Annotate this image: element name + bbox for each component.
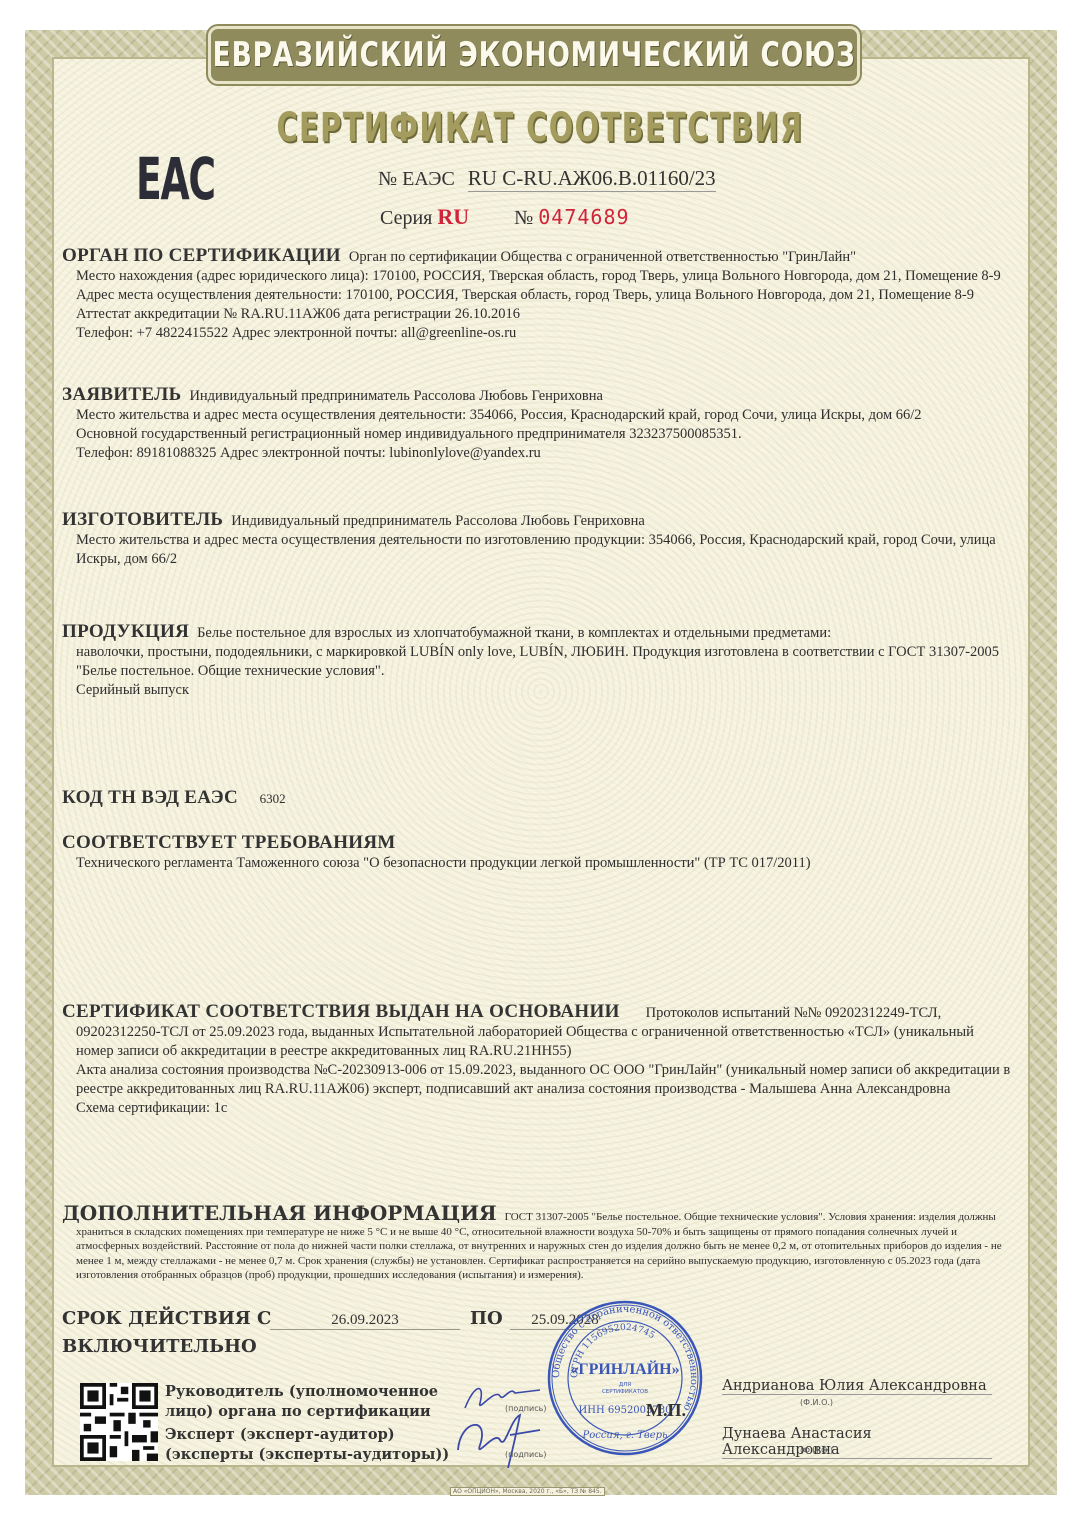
product-release: Серийный выпуск <box>62 681 1012 700</box>
section-heading: ПРОДУКЦИЯ <box>62 621 189 642</box>
basis-protocols: Протоколов испытаний №№ 09202312249-ТСЛ, <box>646 1005 942 1021</box>
validity-inclusive: ВКЛЮЧИТЕЛЬНО <box>62 1336 257 1357</box>
eac-logo-icon: EAC <box>136 145 215 213</box>
number-label: № <box>514 207 533 229</box>
section-heading: СЕРТИФИКАТ СООТВЕТСТВИЯ ВЫДАН НА ОСНОВАН… <box>62 1001 620 1022</box>
signature-caption: (подпись) <box>505 1450 546 1459</box>
svg-text:Общество с ограниченной ответс: Общество с ограниченной ответственностью <box>551 1304 699 1413</box>
applicant-contacts: Телефон: 89181088325 Адрес электронной п… <box>62 444 1012 463</box>
stamp-center: «ГРИНЛАЙН» <box>570 1359 679 1378</box>
stamp-sub2: СЕРТИФИКАТОВ <box>602 1389 648 1395</box>
section-heading: ДОПОЛНИТЕЛЬНАЯ ИНФОРМАЦИЯ <box>62 1201 497 1225</box>
reg-number-value: RU C-RU.АЖ06.В.01160/23 <box>468 166 716 192</box>
section-heading: ИЗГОТОВИТЕЛЬ <box>62 509 223 530</box>
validity-from-label: СРОК ДЕЙСТВИЯ С <box>62 1308 271 1329</box>
tn-ved-code: 6302 <box>260 791 286 806</box>
additional-info-section: ДОПОЛНИТЕЛЬНАЯ ИНФОРМАЦИЯГОСТ 31307-2005… <box>62 1206 1012 1283</box>
series-label: Серия <box>380 207 432 229</box>
union-name: ЕВРАЗИЙСКИЙ ЭКОНОМИЧЕСКИЙ СОЮЗ <box>213 35 856 75</box>
section-heading: КОД ТН ВЭД ЕАЭС <box>62 787 238 808</box>
validity-period: СРОК ДЕЙСТВИЯ С <box>62 1308 271 1329</box>
certification-body-section: ОРГАН ПО СЕРТИФИКАЦИИОрган по сертификац… <box>62 246 1012 343</box>
seal-mark: М.П. <box>646 1400 686 1421</box>
series-number: Серия RU № 0474689 <box>380 204 630 230</box>
blank-number-value: 0474689 <box>538 205 629 229</box>
applicant-address: Место жительства и адрес места осуществл… <box>62 406 1012 425</box>
activity-address: Адрес места осуществления деятельности: … <box>62 286 1012 305</box>
section-heading: ОРГАН ПО СЕРТИФИКАЦИИ <box>62 245 341 266</box>
reg-prefix: № ЕАЭС <box>378 168 455 190</box>
body-contacts: Телефон: +7 4822415522 Адрес электронной… <box>62 324 1012 343</box>
stamp-outer-text: Общество с ограниченной ответственностью <box>551 1304 699 1413</box>
legal-address: Место нахождения (адрес юридического лиц… <box>62 267 1012 286</box>
accreditation: Аттестат аккредитации № RA.RU.11АЖ06 дат… <box>62 305 1012 324</box>
product-description-cont: наволочки, простыни, пододеяльники, с ма… <box>62 643 1012 681</box>
certification-body-name: Орган по сертификации Общества с огранич… <box>349 249 856 265</box>
manufacturer-name: Индивидуальный предприниматель Рассолова… <box>231 513 645 529</box>
applicant-ogrnip: Основной государственный регистрационный… <box>62 425 1012 444</box>
additional-info-cont: храниться в складских помещениях при тем… <box>62 1225 1012 1283</box>
stamp-sub1: ДЛЯ <box>619 1382 631 1388</box>
seal-stamp-icon: Общество с ограниченной ответственностью… <box>545 1298 705 1458</box>
registration-number: № ЕАЭС RU C-RU.АЖ06.В.01160/23 <box>378 166 716 191</box>
product-description: Белье постельное для взрослых из хлопчат… <box>197 625 831 641</box>
section-heading: СООТВЕТСТВУЕТ ТРЕБОВАНИЯМ <box>62 833 1004 852</box>
product-section: ПРОДУКЦИЯБелье постельное для взрослых и… <box>62 622 1012 700</box>
validity-from-date: 26.09.2023 <box>270 1312 460 1330</box>
applicant-name: Индивидуальный предприниматель Рассолова… <box>189 388 603 404</box>
expert-signatory-label: Эксперт (эксперт-аудитор) (эксперты (экс… <box>165 1425 449 1465</box>
fio-caption: (Ф.И.О.) <box>800 1398 833 1407</box>
union-banner: ЕВРАЗИЙСКИЙ ЭКОНОМИЧЕСКИЙ СОЮЗ <box>208 26 860 84</box>
requirements-section: СООТВЕТСТВУЕТ ТРЕБОВАНИЯМ Технического р… <box>62 833 1012 873</box>
manufacturer-section: ИЗГОТОВИТЕЛЬИндивидуальный предпринимате… <box>62 510 1012 569</box>
basis-act: Акта анализа состояния производства №С-2… <box>62 1061 1012 1099</box>
tn-ved-section: КОД ТН ВЭД ЕАЭС 6302 <box>62 788 1012 809</box>
basis-section: СЕРТИФИКАТ СООТВЕТСТВИЯ ВЫДАН НА ОСНОВАН… <box>62 1002 1012 1118</box>
printer-imprint: АО «ОПЦИОН», Москва, 2020 г., «Б», ТЗ № … <box>450 1487 605 1496</box>
expert-signature-icon <box>450 1410 550 1470</box>
manufacturer-address: Место жительства и адрес места осуществл… <box>62 531 1012 569</box>
additional-info-text: ГОСТ 31307-2005 "Белье постельное. Общие… <box>505 1211 996 1223</box>
basis-protocols-cont: 09202312250-ТСЛ от 25.09.2023 года, выда… <box>62 1023 1012 1061</box>
series-value: RU <box>437 204 469 229</box>
head-name: Андрианова Юлия Александровна <box>722 1378 992 1395</box>
section-heading: ЗАЯВИТЕЛЬ <box>62 384 181 405</box>
head-signatory-label: Руководитель (уполномоченное лицо) орган… <box>165 1382 438 1422</box>
validity-to-label: ПО <box>470 1308 503 1329</box>
fio-caption: (Ф.И.О.) <box>800 1446 833 1455</box>
certification-scheme: Схема сертификации: 1с <box>62 1099 1012 1118</box>
signature-caption: (подпись) <box>505 1404 546 1413</box>
applicant-section: ЗАЯВИТЕЛЬИндивидуальный предприниматель … <box>62 385 1012 463</box>
qr-code-icon <box>80 1383 158 1461</box>
expert-name: Дунаева Анастасия Александровна <box>722 1426 992 1459</box>
stamp-city: Россия, г. Тверь <box>581 1430 667 1441</box>
requirements-text: Технического регламента Таможенного союз… <box>62 854 1012 873</box>
